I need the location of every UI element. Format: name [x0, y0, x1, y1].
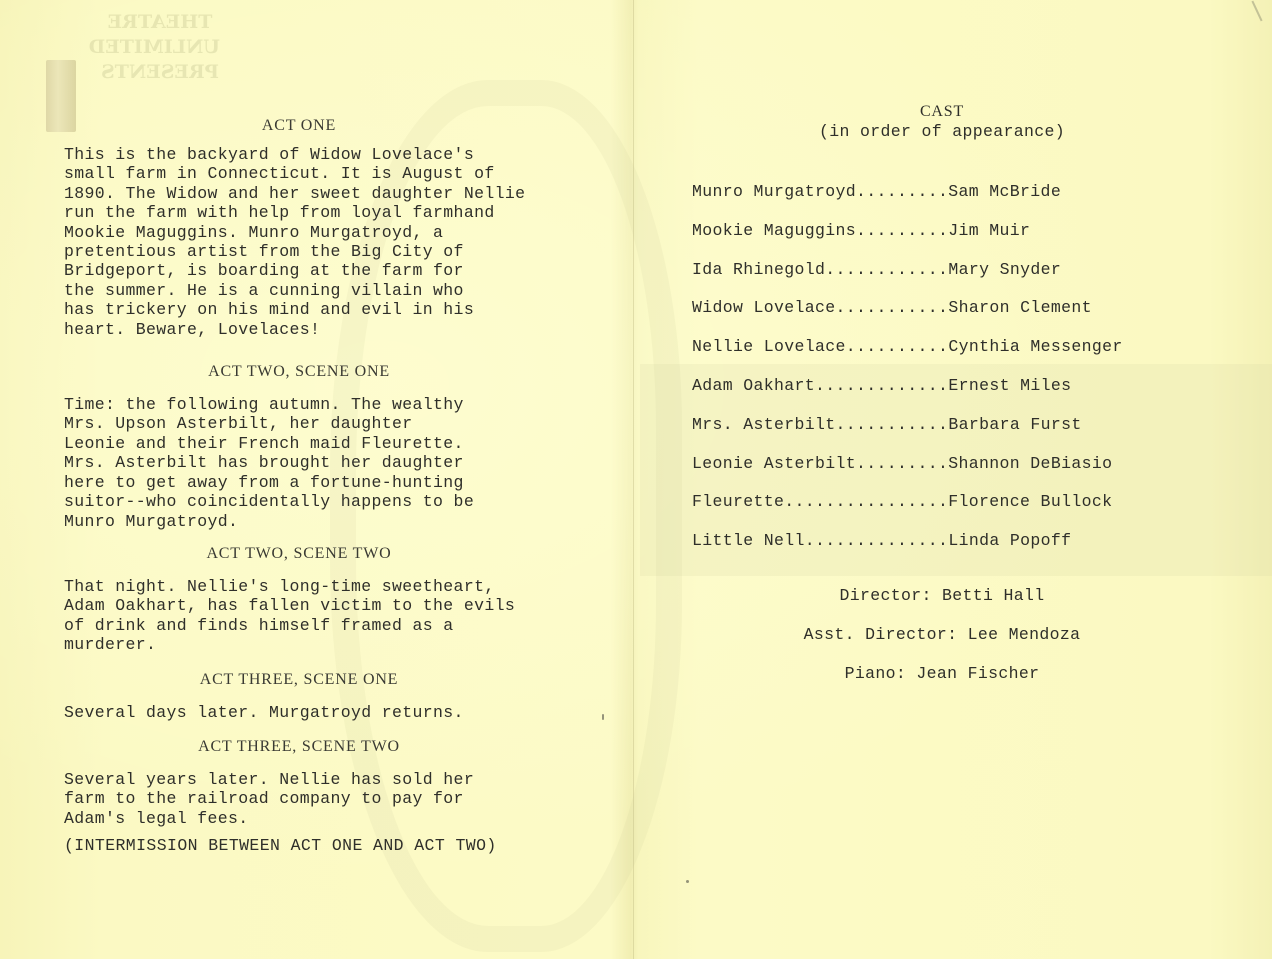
section-heading: ACT THREE, SCENE TWO	[64, 737, 534, 756]
role-name: Adam Oakhart	[692, 376, 815, 395]
production-credits: Director: Betti Hall Asst. Director: Lee…	[692, 586, 1192, 702]
synopsis-page: ACT ONE This is the backyard of Widow Lo…	[64, 116, 624, 856]
leader-dots: .........	[856, 221, 948, 240]
synopsis-section-act-two-scene-one: ACT TWO, SCENE ONE Time: the following a…	[64, 362, 624, 531]
cast-header: CAST (in order of appearance)	[692, 102, 1192, 144]
leader-dots: ............	[825, 260, 948, 279]
role-name: Ida Rhinegold	[692, 260, 825, 279]
credit-name: Betti Hall	[942, 586, 1045, 605]
section-body: This is the backyard of Widow Lovelace's…	[64, 145, 624, 339]
cast-row: Ida Rhinegold............Mary Snyder	[692, 260, 1252, 299]
synopsis-section-act-three-scene-one: ACT THREE, SCENE ONE Several days later.…	[64, 670, 624, 722]
actor-name: Ernest Miles	[948, 376, 1071, 395]
leader-dots: .........	[856, 182, 948, 201]
leader-dots: .........	[856, 454, 948, 473]
leader-dots: ................	[784, 492, 948, 511]
role-name: Leonie Asterbilt	[692, 454, 856, 473]
cast-row: Munro Murgatroyd.........Sam McBride	[692, 182, 1252, 221]
leader-dots: ...........	[836, 298, 949, 317]
credit-asst-director: Asst. Director: Lee Mendoza	[692, 625, 1192, 664]
role-name: Little Nell	[692, 531, 805, 550]
section-body: Several days later. Murgatroyd returns.	[64, 703, 624, 722]
leader-dots: .............	[815, 376, 948, 395]
leader-dots: ...........	[836, 415, 949, 434]
synopsis-section-act-three-scene-two: ACT THREE, SCENE TWO Several years later…	[64, 737, 624, 828]
credit-label: Asst. Director:	[804, 625, 958, 644]
cast-row: Mookie Maguggins.........Jim Muir	[692, 221, 1252, 260]
cast-row: Leonie Asterbilt.........Shannon DeBiasi…	[692, 454, 1252, 493]
role-name: Widow Lovelace	[692, 298, 836, 317]
cast-list: Munro Murgatroyd.........Sam McBride Moo…	[692, 182, 1252, 570]
center-fold	[633, 0, 634, 959]
actor-name: Sharon Clement	[948, 298, 1092, 317]
actor-name: Florence Bullock	[948, 492, 1112, 511]
cast-subtitle: (in order of appearance)	[692, 122, 1192, 144]
credit-label: Director:	[839, 586, 931, 605]
section-body: That night. Nellie's long-time sweethear…	[64, 577, 624, 655]
actor-name: Sam McBride	[948, 182, 1061, 201]
actor-name: Jim Muir	[948, 221, 1030, 240]
role-name: Fleurette	[692, 492, 784, 511]
credit-name: Jean Fischer	[916, 664, 1039, 683]
cast-row: Fleurette................Florence Bulloc…	[692, 492, 1252, 531]
cast-row: Adam Oakhart.............Ernest Miles	[692, 376, 1252, 415]
role-name: Mrs. Asterbilt	[692, 415, 836, 434]
section-heading: ACT THREE, SCENE ONE	[64, 670, 534, 689]
leader-dots: ..............	[805, 531, 949, 550]
stray-ink-mark	[686, 880, 689, 883]
synopsis-section-act-two-scene-two: ACT TWO, SCENE TWO That night. Nellie's …	[64, 544, 624, 655]
role-name: Nellie Lovelace	[692, 337, 846, 356]
section-body: Time: the following autumn. The wealthy …	[64, 395, 624, 531]
actor-name: Mary Snyder	[948, 260, 1061, 279]
role-name: Munro Murgatroyd	[692, 182, 856, 201]
cast-row: Little Nell..............Linda Popoff	[692, 531, 1252, 570]
section-heading: ACT TWO, SCENE TWO	[64, 544, 534, 563]
role-name: Mookie Maguggins	[692, 221, 856, 240]
credit-name: Lee Mendoza	[968, 625, 1081, 644]
section-body: Several years later. Nellie has sold her…	[64, 770, 624, 828]
section-heading: ACT TWO, SCENE ONE	[64, 362, 534, 381]
leader-dots: ..........	[846, 337, 949, 356]
cast-title: CAST	[692, 102, 1192, 122]
actor-name: Barbara Furst	[948, 415, 1081, 434]
cast-row: Mrs. Asterbilt...........Barbara Furst	[692, 415, 1252, 454]
cast-row: Widow Lovelace...........Sharon Clement	[692, 298, 1252, 337]
cast-page: CAST (in order of appearance) Munro Murg…	[692, 102, 1252, 702]
actor-name: Cynthia Messenger	[948, 337, 1122, 356]
intermission-note: (INTERMISSION BETWEEN ACT ONE AND ACT TW…	[64, 836, 624, 855]
credit-piano: Piano: Jean Fischer	[692, 664, 1192, 703]
actor-name: Shannon DeBiasio	[948, 454, 1112, 473]
synopsis-section-act-one: ACT ONE This is the backyard of Widow Lo…	[64, 116, 624, 339]
section-heading: ACT ONE	[64, 116, 534, 135]
credit-director: Director: Betti Hall	[692, 586, 1192, 625]
cast-row: Nellie Lovelace..........Cynthia Messeng…	[692, 337, 1252, 376]
actor-name: Linda Popoff	[948, 531, 1071, 550]
credit-label: Piano:	[845, 664, 907, 683]
